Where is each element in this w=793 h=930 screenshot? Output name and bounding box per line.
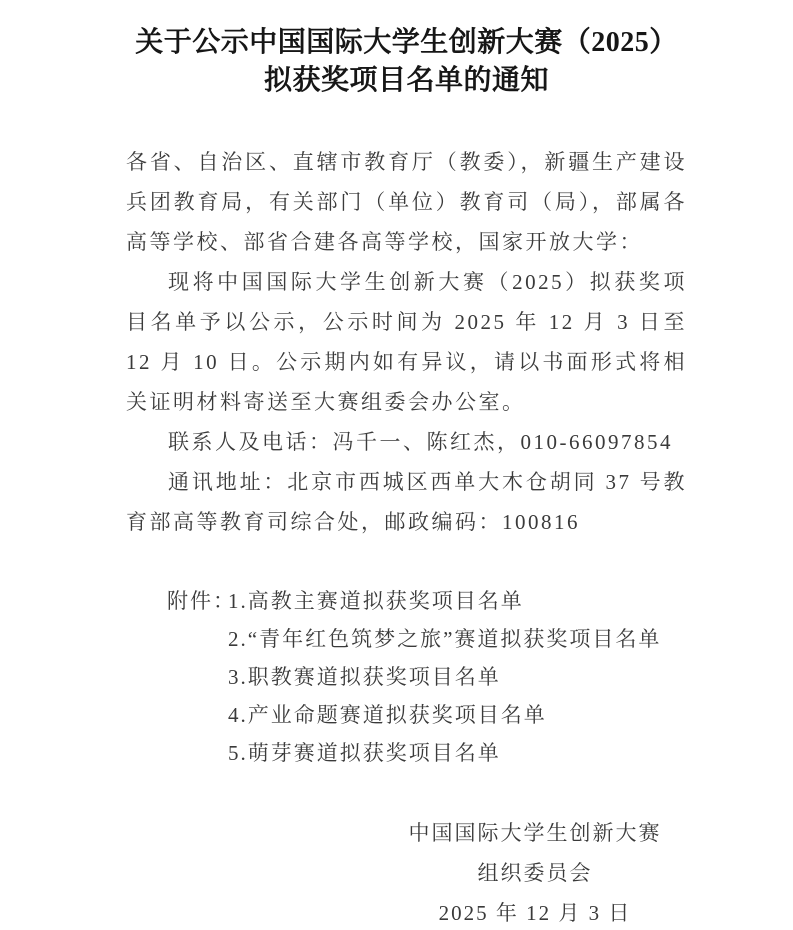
attachments-section: 附件： 1.高教主赛道拟获奖项目名单 2.“青年红色筑梦之旅”赛道拟获奖项目名单… xyxy=(126,582,687,772)
address-line: 通讯地址：北京市西城区西单大木仓胡同 37 号教育部高等教育司综合处，邮政编码：… xyxy=(126,462,687,542)
announcement-paragraph: 现将中国国际大学生创新大赛（2025）拟获奖项目名单予以公示，公示时间为 202… xyxy=(126,262,687,422)
attachment-item-1: 1.高教主赛道拟获奖项目名单 xyxy=(228,582,687,620)
attachment-item-5: 5.萌芽赛道拟获奖项目名单 xyxy=(228,734,687,772)
notice-document: 关于公示中国国际大学生创新大赛（2025） 拟获奖项目名单的通知 各省、自治区、… xyxy=(0,0,793,930)
signature-org-line-2: 组织委员会 xyxy=(385,853,685,893)
notice-body: 各省、自治区、直辖市教育厅（教委），新疆生产建设兵团教育局，有关部门（单位）教育… xyxy=(126,142,687,542)
signature-block: 中国国际大学生创新大赛 组织委员会 2025 年 12 月 3 日 xyxy=(385,813,685,930)
title-line-2: 拟获奖项目名单的通知 xyxy=(126,62,687,100)
signature-date: 2025 年 12 月 3 日 xyxy=(385,893,685,930)
title-line-1: 关于公示中国国际大学生创新大赛（2025） xyxy=(126,24,687,62)
attachment-item-2: 2.“青年红色筑梦之旅”赛道拟获奖项目名单 xyxy=(228,620,687,658)
signature-org-line-1: 中国国际大学生创新大赛 xyxy=(385,813,685,853)
attachments-label: 附件： xyxy=(167,582,236,620)
attachment-item-4: 4.产业命题赛道拟获奖项目名单 xyxy=(228,696,687,734)
page-title: 关于公示中国国际大学生创新大赛（2025） 拟获奖项目名单的通知 xyxy=(126,24,687,100)
contact-line: 联系人及电话：冯千一、陈红杰，010-66097854 xyxy=(126,422,687,462)
salutation-paragraph: 各省、自治区、直辖市教育厅（教委），新疆生产建设兵团教育局，有关部门（单位）教育… xyxy=(126,142,687,262)
attachment-item-3: 3.职教赛道拟获奖项目名单 xyxy=(228,658,687,696)
